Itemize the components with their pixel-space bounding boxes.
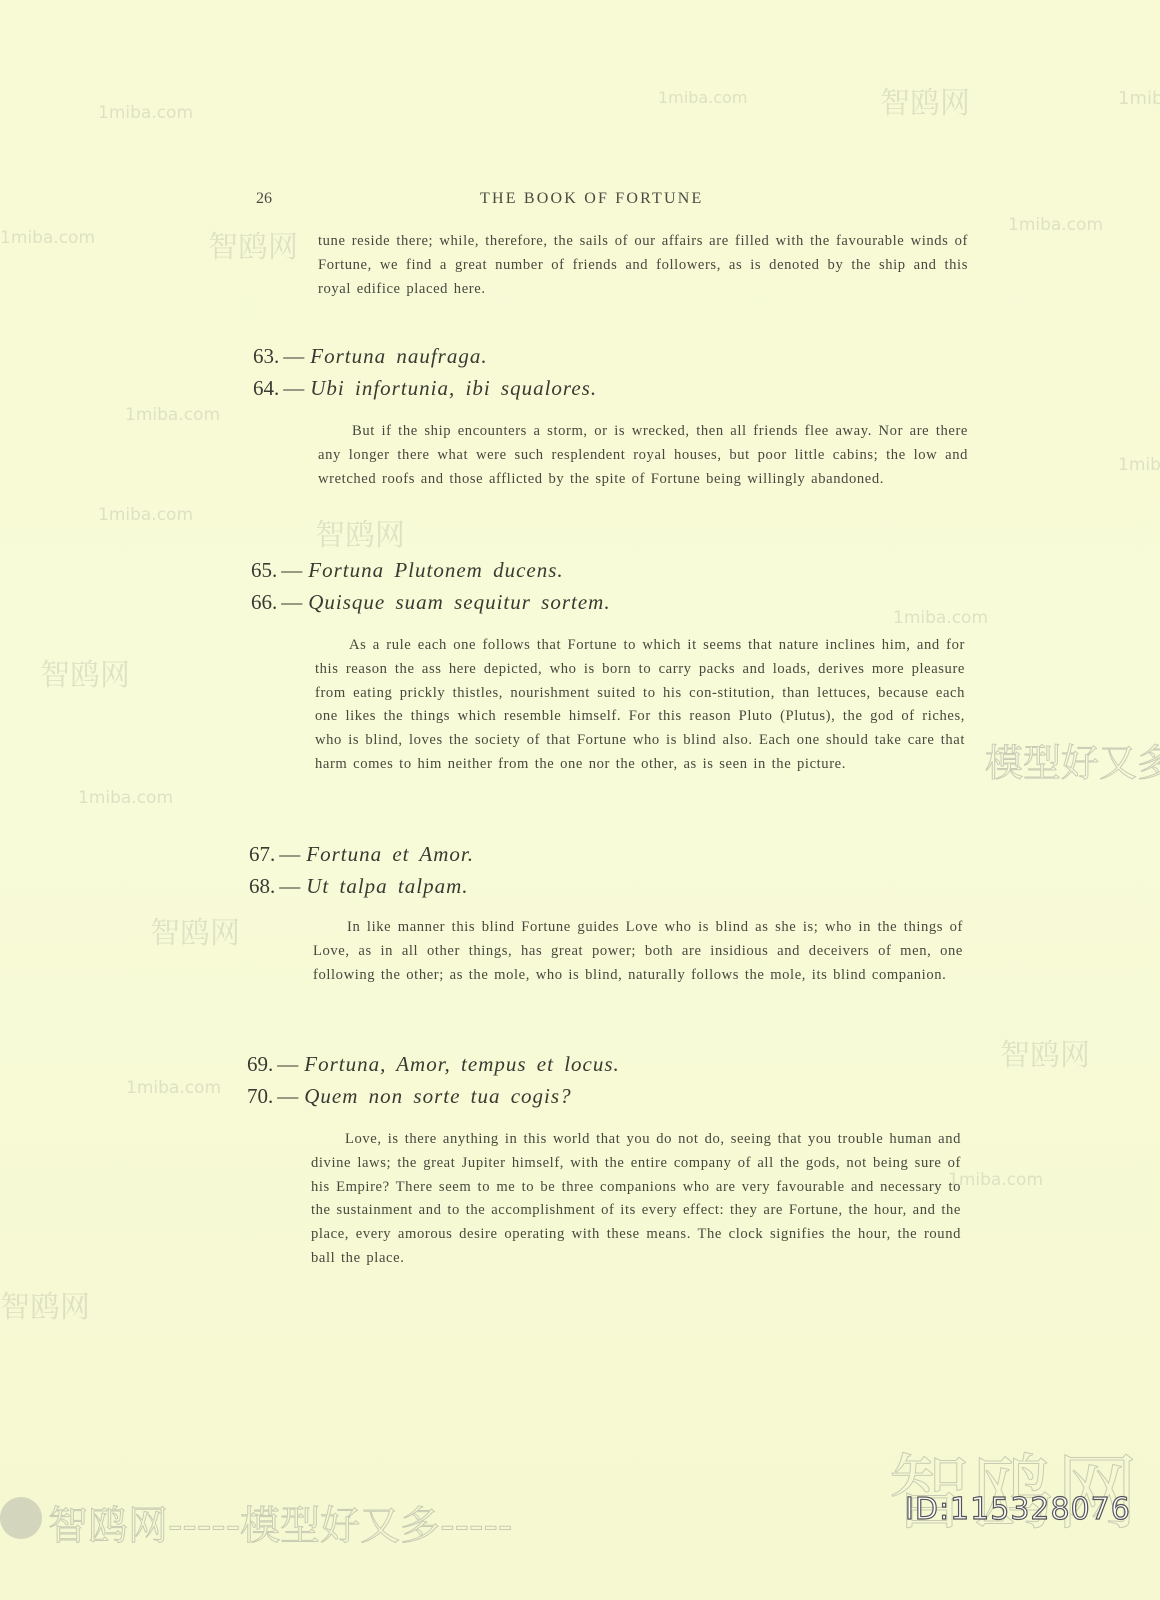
continuation-paragraph: tune reside there; while, therefore, the…	[318, 230, 968, 301]
entry-title: Quisque suam sequitur sortem.	[308, 590, 610, 614]
watermark-slogan: 模型好又多	[985, 732, 1160, 787]
watermark-site: 1miba.com	[1008, 215, 1103, 235]
entry-dash: —	[283, 376, 304, 400]
entry-dash: —	[279, 874, 300, 898]
entry-dash: —	[281, 590, 302, 614]
entry-title: Ut talpa talpam.	[306, 874, 468, 898]
entry-number: 65.	[251, 558, 277, 582]
watermark-site: 1miba.com	[948, 1170, 1043, 1190]
entry-dash: —	[279, 842, 300, 866]
entry-number: 69.	[247, 1052, 273, 1076]
watermark-brand: 智鸥网	[880, 78, 970, 122]
entry-body-67-68: In like manner this blind Fortune guides…	[313, 916, 963, 987]
watermark-brand: 智鸥网	[150, 908, 240, 952]
watermark-brand: 智鸥网	[208, 222, 298, 266]
running-head: THE BOOK OF FORTUNE	[480, 190, 704, 208]
entry-heading-67: 67.—Fortuna et Amor.	[249, 838, 474, 870]
watermark-brand: 智鸥网	[315, 510, 405, 554]
watermark-brand: 智鸥网	[40, 650, 130, 694]
watermark-site: 1miba.com	[658, 88, 747, 107]
entry-dash: —	[277, 1052, 298, 1076]
entry-title: Ubi infortunia, ibi squalores.	[310, 376, 597, 400]
watermark-brand-large: 智鸥网	[888, 1428, 1140, 1545]
watermark-slogan: 智鸥网-----模型好又多-----	[48, 1494, 512, 1551]
entry-dash: —	[283, 344, 304, 368]
watermark-site: 1miba.com	[893, 608, 988, 628]
watermark-site: 1miba.com	[98, 103, 193, 123]
entry-heading-63: 63.—Fortuna naufraga.	[253, 340, 488, 372]
entry-dash: —	[277, 1084, 298, 1108]
page-number: 26	[256, 190, 272, 208]
entry-number: 64.	[253, 376, 279, 400]
watermark-brand: 智鸥网	[0, 1282, 90, 1326]
entry-number: 67.	[249, 842, 275, 866]
entry-title: Quem non sorte tua cogis?	[304, 1084, 571, 1108]
entry-number: 63.	[253, 344, 279, 368]
entry-heading-66: 66.—Quisque suam sequitur sortem.	[251, 586, 611, 618]
entry-heading-64: 64.—Ubi infortunia, ibi squalores.	[253, 372, 597, 404]
entry-dash: —	[281, 558, 302, 582]
entry-number: 70.	[247, 1084, 273, 1108]
entry-number: 68.	[249, 874, 275, 898]
watermark-site: 1miba.com	[1118, 88, 1160, 109]
entry-heading-69: 69.—Fortuna, Amor, tempus et locus.	[247, 1048, 620, 1080]
watermark-site: 1miba.com	[78, 788, 173, 808]
entry-heading-65: 65.—Fortuna Plutonem ducens.	[251, 554, 564, 586]
watermark-logo-icon	[0, 1497, 42, 1539]
entry-title: Fortuna et Amor.	[306, 842, 474, 866]
entry-body-65-66: As a rule each one follows that Fortune …	[315, 634, 965, 777]
watermark-site: 1miba.com	[1118, 455, 1160, 475]
watermark-site: 1miba.com	[98, 505, 193, 525]
watermark-site: 1miba.com	[125, 405, 220, 425]
entry-body-63-64: But if the ship encounters a storm, or i…	[318, 420, 968, 491]
entry-title: Fortuna naufraga.	[310, 344, 487, 368]
entry-heading-70: 70.—Quem non sorte tua cogis?	[247, 1080, 572, 1112]
watermark-site: 1miba.com	[0, 228, 95, 248]
entry-number: 66.	[251, 590, 277, 614]
entry-title: Fortuna Plutonem ducens.	[308, 558, 563, 582]
watermark-site: 1miba.com	[126, 1078, 221, 1098]
entry-heading-68: 68.—Ut talpa talpam.	[249, 870, 469, 902]
entry-title: Fortuna, Amor, tempus et locus.	[304, 1052, 620, 1076]
watermark-id: ID:115328076	[905, 1492, 1131, 1527]
entry-body-69-70: Love, is there anything in this world th…	[311, 1128, 961, 1271]
watermark-brand: 智鸥网	[1000, 1030, 1090, 1074]
